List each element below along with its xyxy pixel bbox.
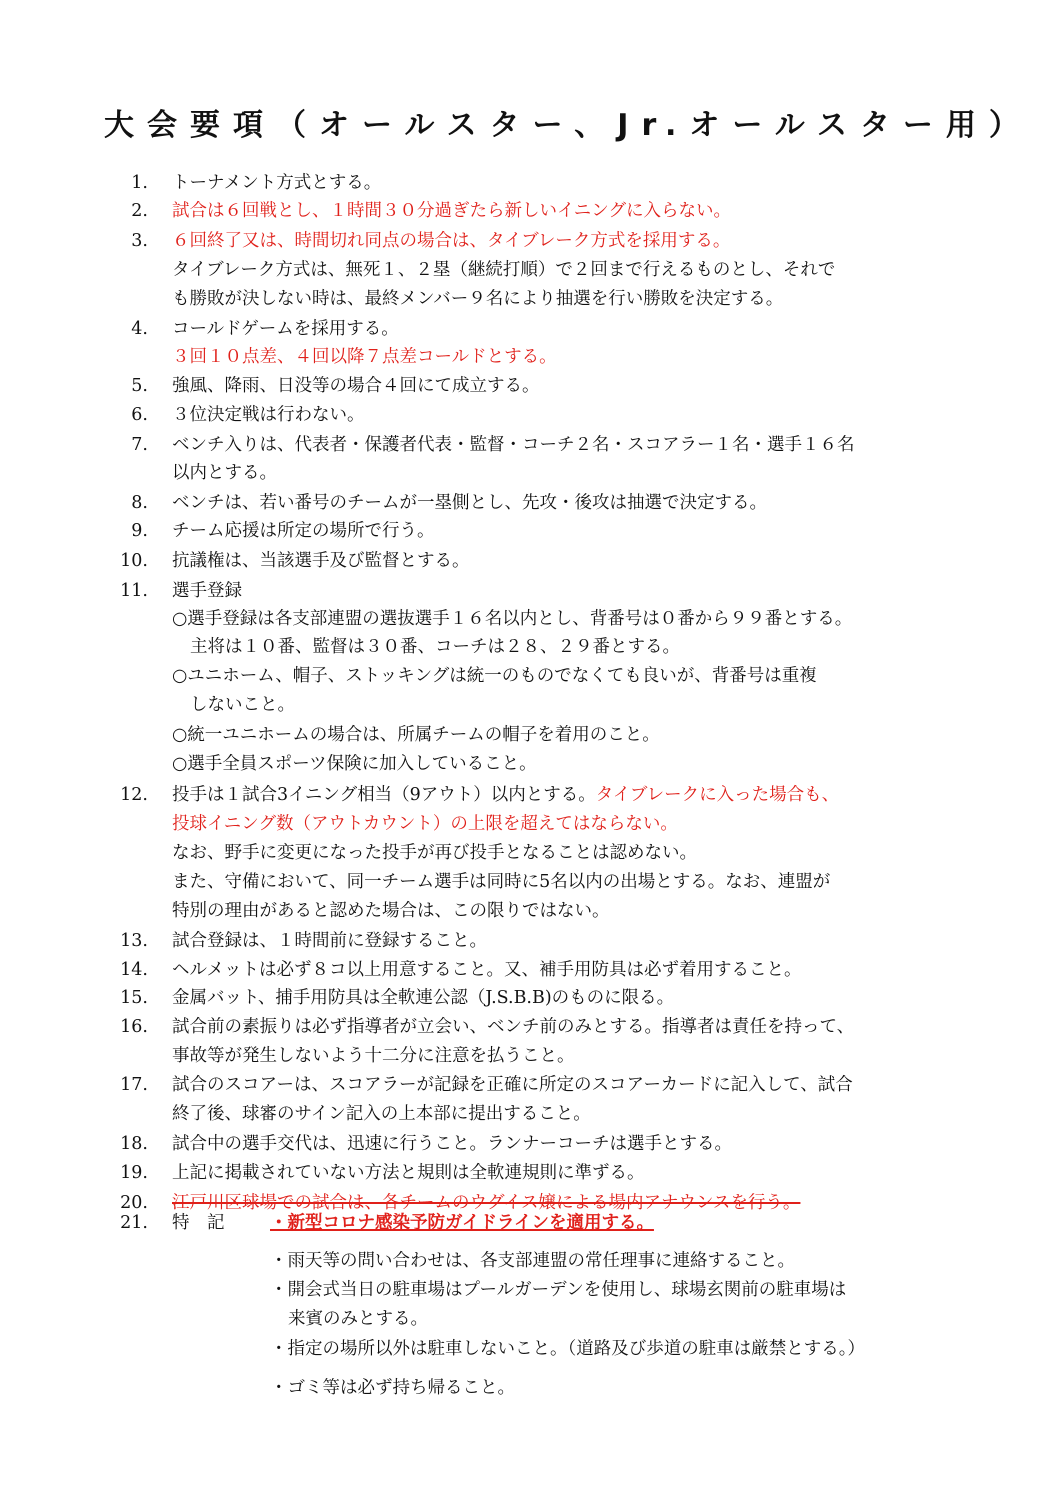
item-text: ヘルメットは必ず８コ以上用意すること。又、補手用防具は必ず着用すること。 (172, 959, 801, 981)
item-text-struck: 江戸川区球場での試合は、各チームのウグイス嬢による場内アナウンスを行う。 (172, 1192, 800, 1214)
item-text: トーナメント方式とする。 (172, 172, 381, 194)
item-text: 試合のスコアーは、スコアラーが記録を正確に所定のスコアーカードに記入して、試合 (172, 1074, 853, 1096)
item-text: チーム応援は所定の場所で行う。 (172, 520, 435, 542)
item-text: 選手登録 (172, 580, 242, 602)
item-text: なお、野手に変更になった投手が再び投手となることは認めない。 (172, 842, 697, 864)
item-number: 17. (96, 1074, 148, 1096)
item-text: ベンチ入りは、代表者・保護者代表・監督・コーチ２名・スコアラー１名・選手１６名 (172, 434, 855, 456)
item-text-red: ６回終了又は、時間切れ同点の場合は、タイブレーク方式を採用する。 (172, 230, 730, 252)
item-number: 18. (96, 1133, 148, 1155)
item-number: 19. (96, 1162, 148, 1184)
item-text: 抗議権は、当該選手及び監督とする。 (172, 550, 470, 572)
note-item: ・開会式当日の駐車場はプールガーデンを使用し、球場玄関前の駐車場は (270, 1279, 846, 1301)
note-item: ・雨天等の問い合わせは、各支部連盟の常任理事に連絡すること。 (270, 1250, 795, 1272)
note-item: 来賓のみとする。 (288, 1308, 428, 1330)
document-title: 大会要項（オールスター、Jr.オールスター用） (104, 100, 1032, 144)
item-text: ○ユニホーム、帽子、ストッキングは統一のものでなくても良いが、背番号は重複 (172, 665, 817, 687)
item-text: も勝敗が決しない時は、最終メンバー９名により抽選を行い勝敗を決定する。 (172, 288, 783, 310)
item-text: ○統一ユニホームの場合は、所属チームの帽子を着用のこと。 (172, 724, 660, 746)
item-text: 試合中の選手交代は、迅速に行うこと。ランナーコーチは選手とする。 (172, 1133, 732, 1155)
item-number: 12. (96, 784, 148, 806)
item-text: コールドゲームを採用する。 (172, 318, 399, 340)
item-text-red: 投球イニング数（アウトカウント）の上限を超えてはならない。 (172, 813, 678, 835)
item-number: 11. (96, 580, 148, 602)
item-number: 6. (96, 404, 148, 426)
item-text-segment: 投手は１試合3イニング相当（9アウト）以内とする。 (172, 785, 596, 805)
item-text: ○選手全員スポーツ保険に加入していること。 (172, 753, 537, 775)
item-number: 2. (96, 200, 148, 222)
item-number: 21. (96, 1212, 148, 1234)
item-text: 特別の理由があると認めた場合は、この限りではない。 (172, 900, 610, 922)
item-text: 事故等が発生しないよう十二分に注意を払うこと。 (172, 1045, 575, 1067)
item-number: 13. (96, 930, 148, 952)
item-text: また、守備において、同一チーム選手は同時に5名以内の出場とする。なお、連盟が (172, 871, 830, 893)
item-number: 7. (96, 434, 148, 456)
document-page: 大会要項（オールスター、Jr.オールスター用） 1. トーナメント方式とする。 … (0, 0, 1058, 1497)
item-number: 10. (96, 550, 148, 572)
item-number: 3. (96, 230, 148, 252)
item-text-red: ３回１０点差、４回以降７点差コールドとする。 (172, 346, 557, 368)
item-text: 金属バット、捕手用防具は全軟連公認（J.S.B.B)のものに限る。 (172, 987, 674, 1009)
item-text: 上記に掲載されていない方法と規則は全軟連規則に準ずる。 (172, 1162, 645, 1184)
item-text-red: 試合は６回戦とし、１時間３０分過ぎたら新しいイニングに入らない。 (172, 200, 731, 222)
note-item: ・指定の場所以外は駐車しないこと。（道路及び歩道の駐車は厳禁とする。） (270, 1338, 865, 1360)
item-text-red-segment: タイブレークに入った場合も、 (596, 785, 839, 805)
item-text: ３位決定戦は行わない。 (172, 404, 365, 426)
item-number: 8. (96, 492, 148, 514)
item-text: 試合前の素振りは必ず指導者が立会い、ベンチ前のみとする。指導者は責任を持って、 (172, 1016, 854, 1038)
item-text: 投手は１試合3イニング相当（9アウト）以内とする。タイブレークに入った場合も、 (172, 784, 839, 806)
item-text: ベンチは、若い番号のチームが一塁側とし、先攻・後攻は抽選で決定する。 (172, 492, 767, 514)
covid-guideline-note: ・新型コロナ感染予防ガイドラインを適用する。 (270, 1212, 654, 1234)
item-number: 1. (96, 172, 148, 194)
item-text: 以内とする。 (172, 462, 277, 484)
item-text: 試合登録は、１時間前に登録すること。 (172, 930, 487, 952)
item-text: しないこと。 (190, 694, 295, 716)
item-text: 主将は１０番、監督は３０番、コーチは２８、２９番とする。 (190, 636, 680, 658)
item-text: 終了後、球審のサイン記入の上本部に提出すること。 (172, 1103, 591, 1125)
item-number: 20. (96, 1192, 148, 1214)
item-number: 9. (96, 520, 148, 542)
note-item: ・ゴミ等は必ず持ち帰ること。 (270, 1377, 515, 1399)
special-notes-label: 特 記 (172, 1212, 225, 1234)
item-number: 14. (96, 959, 148, 981)
item-number: 4. (96, 318, 148, 340)
item-number: 15. (96, 987, 148, 1009)
item-text: ○選手登録は各支部連盟の選抜選手１６名以内とし、背番号は０番から９９番とする。 (172, 608, 852, 630)
item-number: 16. (96, 1016, 148, 1038)
item-text: タイブレーク方式は、無死１、２塁（継続打順）で２回まで行えるものとし、それで (172, 259, 835, 281)
item-number: 5. (96, 375, 148, 397)
item-text: 強風、降雨、日没等の場合４回にて成立する。 (172, 375, 540, 397)
